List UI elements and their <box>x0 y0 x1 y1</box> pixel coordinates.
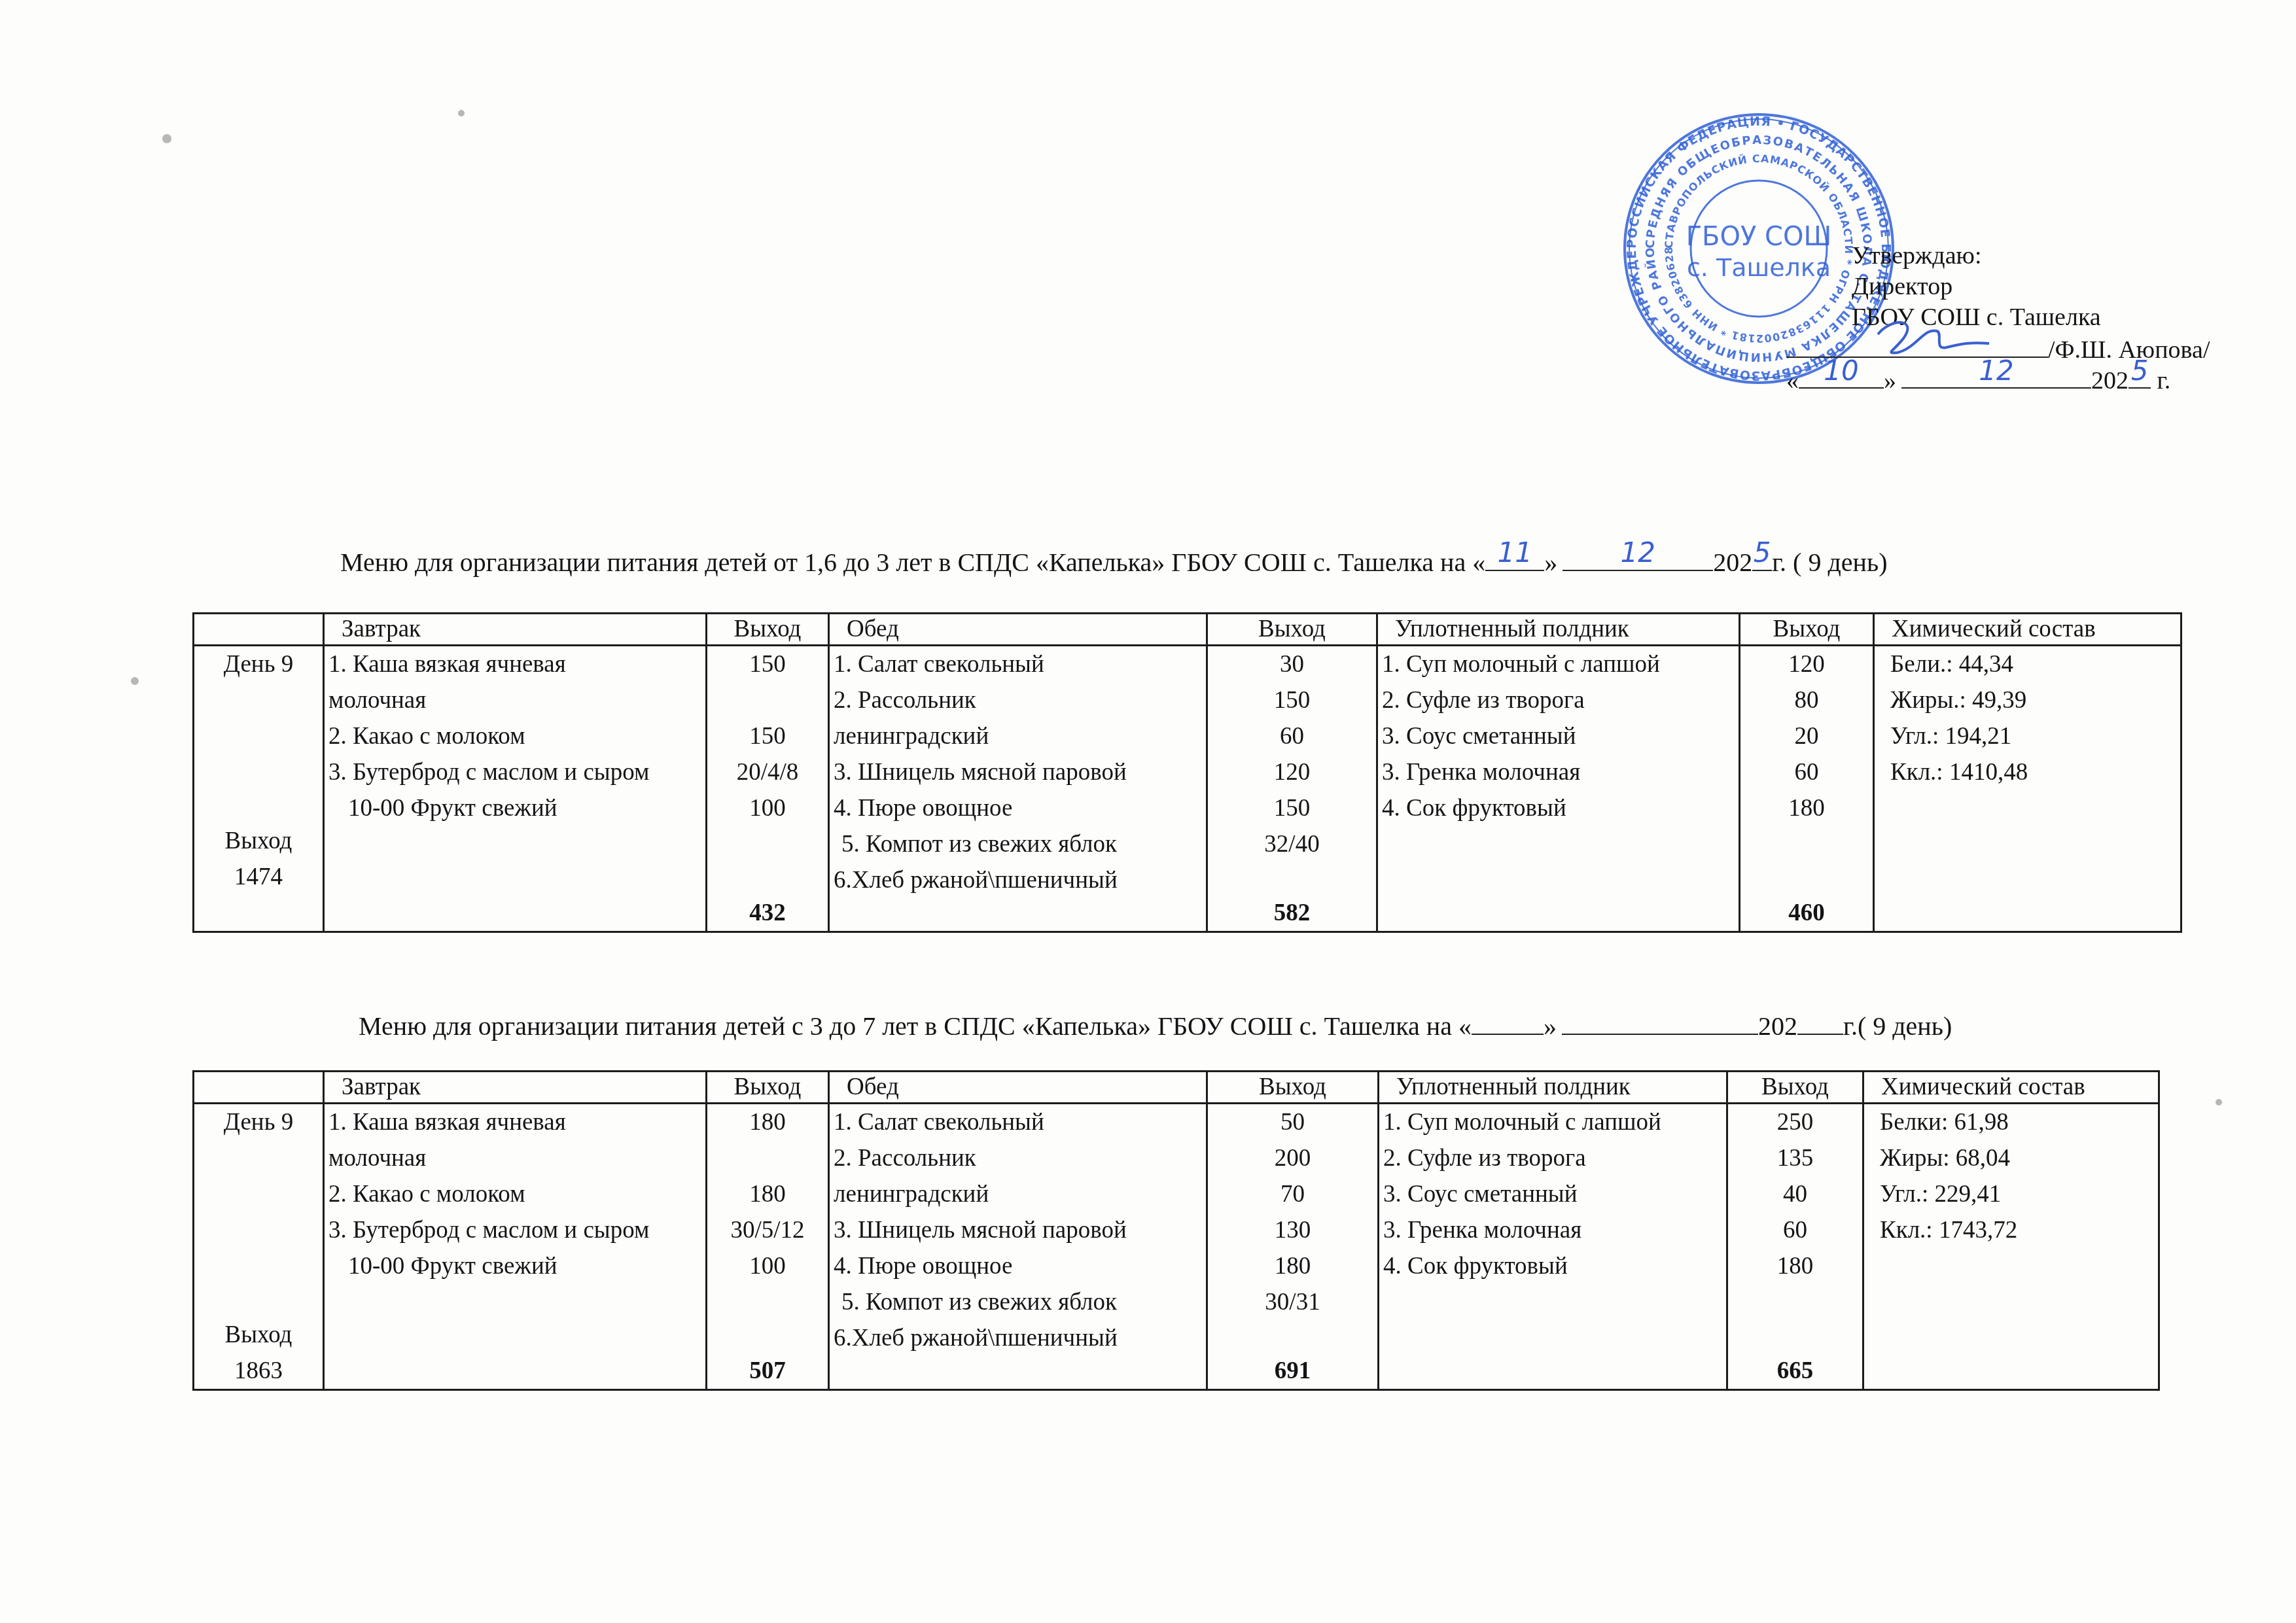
snack-item: 3. Соус сметанный <box>1383 1176 1722 1212</box>
lunch-yields-cell: 502007013018030/31691 <box>1207 1104 1379 1390</box>
table-row: День 9Выход18631. Каша вязкая ячневаямол… <box>194 1104 2159 1390</box>
date-month-field: 12 <box>1901 364 2091 389</box>
lunch-yield: 150 <box>1212 790 1372 826</box>
header-lunch: Обед <box>829 1072 1207 1104</box>
title-year-prefix: 202 <box>1713 548 1752 577</box>
lunch-item: 2. Рассольник <box>834 1140 1202 1176</box>
breakfast-yield <box>711 682 824 718</box>
header-breakfast-yield: Выход <box>707 614 829 646</box>
title-year-prefix: 202 <box>1758 1011 1797 1041</box>
snack-item: 2. Суфле из творога <box>1383 1140 1722 1176</box>
header-snack: Уплотненный полдник <box>1379 1072 1727 1104</box>
snack-item: 3. Гренка молочная <box>1383 1212 1722 1248</box>
table-header-row: ЗавтракВыходОбедВыходУплотненный полдник… <box>194 1072 2159 1104</box>
lunch-item: 5. Компот из свежих яблок <box>834 826 1202 862</box>
approval-date: «10»122025 г. <box>1786 364 2210 394</box>
lunch-item: 4. Пюре овощное <box>834 1248 1202 1284</box>
lunch-yields-cell: 301506012015032/40582 <box>1207 646 1377 932</box>
menu-table-2: ЗавтракВыходОбедВыходУплотненный полдник… <box>192 1070 2160 1391</box>
lunch-items-cell: 1. Салат свекольный2. Рассольникленингра… <box>829 1104 1207 1390</box>
snack-yield: 20 <box>1744 718 1869 754</box>
header-snack: Уплотненный полдник <box>1377 614 1740 646</box>
lunch-yield: 30 <box>1212 646 1372 682</box>
lunch-items-cell: 1. Салат свекольный2. Рассольникленингра… <box>829 646 1207 932</box>
day-cell: День 9Выход1474 <box>194 646 324 932</box>
snack-yield: 250 <box>1732 1104 1858 1140</box>
stamp-center-line2: с. Ташелка <box>1687 253 1831 282</box>
lunch-total: 691 <box>1208 1353 1377 1389</box>
title-text: Меню для организации питания детей от 1,… <box>340 548 1485 577</box>
title-quote: » <box>1544 1011 1557 1041</box>
breakfast-yield: 180 <box>711 1176 824 1212</box>
date-suffix: г. <box>2151 367 2170 394</box>
title-suffix: г. ( 9 день) <box>1772 548 1887 577</box>
snack-yield: 135 <box>1732 1140 1858 1176</box>
snack-item: 4. Сок фруктовый <box>1382 790 1735 826</box>
header-chemistry: Химический состав <box>1863 1072 2159 1104</box>
chemistry-value: Ккл.: 1743,72 <box>1880 1212 2154 1248</box>
snack-item: 1. Суп молочный с лапшой <box>1383 1104 1722 1140</box>
title-year-field <box>1797 1011 1843 1035</box>
title-month-handwritten: 12 <box>1563 536 1713 568</box>
snack-total: 460 <box>1740 895 1873 931</box>
snack-yields-cell: 120802060180460 <box>1740 646 1874 932</box>
chemistry-value: Угл.: 194,21 <box>1890 718 2176 754</box>
menu-title-2: Меню для организации питания детей с 3 д… <box>359 1011 1952 1041</box>
lunch-item: 3. Шницель мясной паровой <box>834 1212 1202 1248</box>
breakfast-yield: 150 <box>711 646 824 682</box>
title-day-field: 11 <box>1485 548 1544 571</box>
snack-yields-cell: 2501354060180665 <box>1727 1104 1863 1390</box>
snack-yield: 180 <box>1732 1248 1858 1284</box>
breakfast-item: 1. Каша вязкая ячневая <box>328 646 701 682</box>
chemistry-value: Ккл.: 1410,48 <box>1890 754 2176 790</box>
date-day-field: 10 <box>1799 364 1884 389</box>
chemistry-cell: Бели.: 44,34Жиры.: 49,39Угл.: 194,21Ккл.… <box>1874 646 2181 932</box>
header-lunch-yield: Выход <box>1207 1072 1379 1104</box>
breakfast-items-cell: 1. Каша вязкая ячневаямолочная2. Какао с… <box>324 646 707 932</box>
title-suffix: г.( 9 день) <box>1843 1011 1952 1041</box>
day-total: Выход1474 <box>194 823 323 895</box>
scan-speck <box>458 110 465 116</box>
header-day <box>194 1072 324 1104</box>
snack-item: 2. Суфле из творога <box>1382 682 1735 718</box>
snack-yield: 60 <box>1732 1212 1858 1248</box>
quote-close: » <box>1884 367 1896 394</box>
date-day-handwritten: 10 <box>1799 355 1884 386</box>
lunch-item: ленинградский <box>834 1176 1202 1212</box>
table-row: День 9Выход14741. Каша вязкая ячневаямол… <box>194 646 2181 932</box>
header-breakfast: Завтрак <box>324 1072 707 1104</box>
header-lunch-yield: Выход <box>1207 614 1377 646</box>
lunch-yield: 150 <box>1212 682 1372 718</box>
lunch-item: 1. Салат свекольный <box>834 1104 1202 1140</box>
lunch-item: 6.Хлеб ржаной\пшеничный <box>834 862 1202 898</box>
day-total-value: 1863 <box>194 1353 323 1389</box>
breakfast-item: 3. Бутерброд с маслом и сыром <box>328 1212 701 1248</box>
snack-yield: 180 <box>1744 790 1869 826</box>
table-header-row: ЗавтракВыходОбедВыходУплотненный полдник… <box>194 614 2181 646</box>
approval-heading: Утверждаю: <box>1852 241 2210 271</box>
snack-item: 1. Суп молочный с лапшой <box>1382 646 1735 682</box>
title-month-field <box>1562 1011 1758 1035</box>
lunch-item: 6.Хлеб ржаной\пшеничный <box>834 1320 1202 1356</box>
lunch-yield: 70 <box>1212 1176 1373 1212</box>
lunch-yield: 180 <box>1212 1248 1373 1284</box>
header-chemistry: Химический состав <box>1874 614 2181 646</box>
date-year-prefix: 202 <box>2091 367 2128 394</box>
day-label: День 9 <box>198 1104 319 1140</box>
snack-item: 3. Гренка молочная <box>1382 754 1735 790</box>
title-year-field: 5 <box>1752 548 1772 571</box>
lunch-yield: 200 <box>1212 1140 1373 1176</box>
header-day <box>194 614 324 646</box>
title-text: Меню для организации питания детей с 3 д… <box>359 1011 1472 1041</box>
day-total-value: 1474 <box>194 859 323 895</box>
day-total: Выход1863 <box>194 1317 323 1389</box>
signature-icon <box>1865 315 1996 360</box>
date-month-handwritten: 12 <box>1901 355 2091 386</box>
breakfast-yield: 100 <box>711 1248 824 1284</box>
approval-position: Директор <box>1852 271 2210 302</box>
approval-block: Утверждаю: Директор ГБОУ СОШ с. Ташелка … <box>1852 241 2210 394</box>
breakfast-yield: 180 <box>711 1104 824 1140</box>
snack-items-cell: 1. Суп молочный с лапшой2. Суфле из твор… <box>1377 646 1740 932</box>
header-breakfast-yield: Выход <box>707 1072 829 1104</box>
date-year-handwritten: 5 <box>2128 355 2151 386</box>
lunch-item: 5. Компот из свежих яблок <box>834 1284 1202 1320</box>
breakfast-yield: 30/5/12 <box>711 1212 824 1248</box>
scan-speck <box>131 677 139 685</box>
day-label: День 9 <box>198 646 319 682</box>
breakfast-items-cell: 1. Каша вязкая ячневаямолочная2. Какао с… <box>324 1104 707 1390</box>
breakfast-yields-cell: 15015020/4/8100432 <box>707 646 829 932</box>
lunch-yield: 32/40 <box>1212 826 1372 862</box>
breakfast-total: 507 <box>707 1353 828 1389</box>
stamp-center-line1: ГБОУ СОШ <box>1686 222 1832 252</box>
menu-title-1: Меню для организации питания детей от 1,… <box>340 547 1887 578</box>
snack-yield: 60 <box>1744 754 1869 790</box>
snack-items-cell: 1. Суп молочный с лапшой2. Суфле из твор… <box>1379 1104 1727 1390</box>
title-quote: » <box>1544 548 1557 577</box>
breakfast-item: 1. Каша вязкая ячневая <box>328 1104 701 1140</box>
breakfast-item: 10-00 Фрукт свежий <box>328 790 701 826</box>
lunch-yield: 50 <box>1212 1104 1373 1140</box>
chemistry-value: Угл.: 229,41 <box>1880 1176 2154 1212</box>
chemistry-value: Жиры: 68,04 <box>1880 1140 2154 1176</box>
snack-yield: 40 <box>1732 1176 1858 1212</box>
lunch-yield: 130 <box>1212 1212 1373 1248</box>
lunch-yield: 60 <box>1212 718 1372 754</box>
breakfast-item: 3. Бутерброд с маслом и сыром <box>328 754 701 790</box>
breakfast-item: 10-00 Фрукт свежий <box>328 1248 701 1284</box>
snack-item: 3. Соус сметанный <box>1382 718 1735 754</box>
breakfast-yield: 20/4/8 <box>711 754 824 790</box>
menu-table-1: ЗавтракВыходОбедВыходУплотненный полдник… <box>192 612 2182 933</box>
breakfast-yield <box>711 1140 824 1176</box>
lunch-item: 2. Рассольник <box>834 682 1202 718</box>
scan-speck <box>2216 1099 2222 1106</box>
breakfast-yields-cell: 18018030/5/12100507 <box>707 1104 829 1390</box>
header-snack-yield: Выход <box>1740 614 1874 646</box>
snack-yield: 120 <box>1744 646 1869 682</box>
breakfast-item: 2. Какао с молоком <box>328 1176 701 1212</box>
lunch-item: 3. Шницель мясной паровой <box>834 754 1202 790</box>
snack-total: 665 <box>1728 1353 1862 1389</box>
date-year-field: 5 <box>2128 364 2151 389</box>
chemistry-value: Жиры.: 49,39 <box>1890 682 2176 718</box>
title-day-handwritten: 11 <box>1485 536 1544 568</box>
lunch-yield: 120 <box>1212 754 1372 790</box>
breakfast-yield: 150 <box>711 718 824 754</box>
day-cell: День 9Выход1863 <box>194 1104 324 1390</box>
lunch-item: ленинградский <box>834 718 1202 754</box>
lunch-item: 1. Салат свекольный <box>834 646 1202 682</box>
breakfast-item: 2. Какао с молоком <box>328 718 701 754</box>
title-year-handwritten: 5 <box>1752 536 1772 568</box>
lunch-total: 582 <box>1208 895 1376 931</box>
breakfast-item: молочная <box>328 1140 701 1176</box>
lunch-item: 4. Пюре овощное <box>834 790 1202 826</box>
chemistry-value: Бели.: 44,34 <box>1890 646 2176 682</box>
title-month-field: 12 <box>1563 548 1713 571</box>
quote-open: « <box>1786 367 1799 394</box>
snack-item: 4. Сок фруктовый <box>1383 1248 1722 1284</box>
header-breakfast: Завтрак <box>324 614 707 646</box>
lunch-yield <box>1212 862 1372 898</box>
snack-yield: 80 <box>1744 682 1869 718</box>
scan-speck <box>162 134 171 143</box>
lunch-yield: 30/31 <box>1212 1284 1373 1320</box>
breakfast-yield: 100 <box>711 790 824 826</box>
title-day-field <box>1472 1011 1544 1035</box>
breakfast-total: 432 <box>707 895 828 931</box>
day-total-label: Выход <box>194 1317 323 1353</box>
breakfast-item: молочная <box>328 682 701 718</box>
header-lunch: Обед <box>829 614 1207 646</box>
chemistry-value: Белки: 61,98 <box>1880 1104 2154 1140</box>
lunch-yield <box>1212 1320 1373 1356</box>
header-snack-yield: Выход <box>1727 1072 1863 1104</box>
day-total-label: Выход <box>194 823 323 859</box>
chemistry-cell: Белки: 61,98Жиры: 68,04Угл.: 229,41Ккл.:… <box>1863 1104 2159 1390</box>
